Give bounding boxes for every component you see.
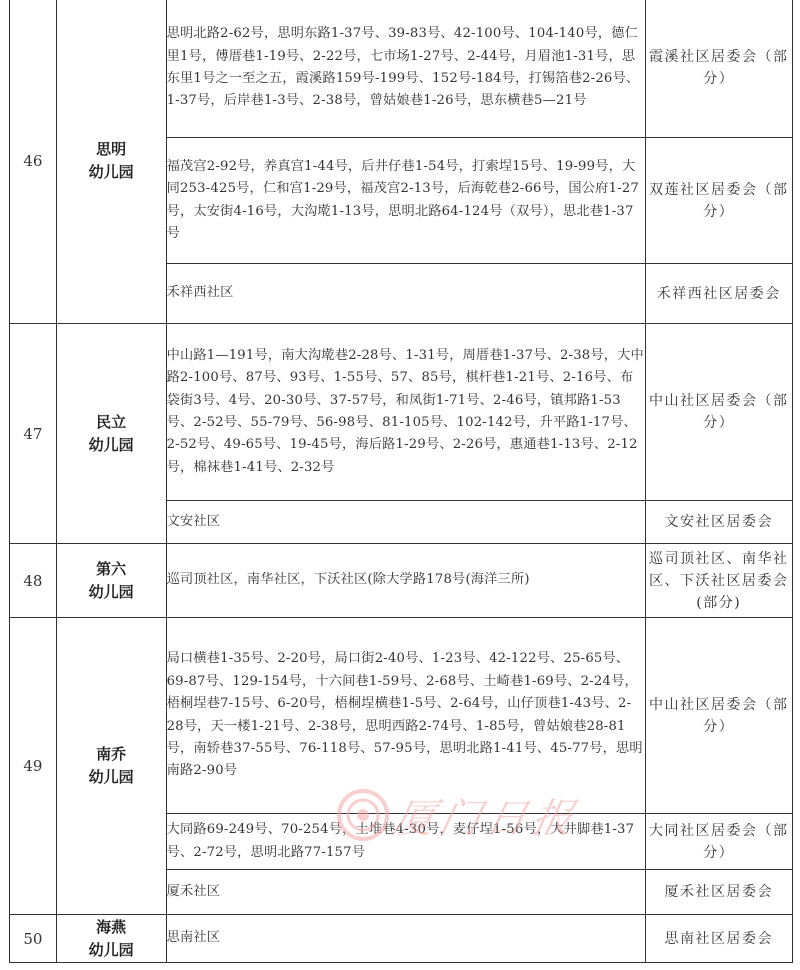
table-row: 46 思明 幼儿园 思明北路2-62号，思明东路1-37号、39-83号、42-…	[10, 0, 793, 138]
kindergarten-name-line2: 幼儿园	[57, 939, 166, 962]
enrollment-area: 大同路69-249号、70-254号，土堆巷4-30号，麦仔埕1-56号，大井脚…	[166, 814, 645, 870]
row-number: 50	[10, 915, 57, 963]
enrollment-area: 局口横巷1-35号、2-20号，局口街2-40号、1-23号、42-122号、2…	[166, 618, 645, 814]
enrollment-area: 文安社区	[166, 501, 645, 544]
community-committee: 中山社区居委会（部分）	[645, 324, 792, 501]
row-number: 47	[10, 324, 57, 544]
kindergarten-name: 第六 幼儿园	[56, 544, 166, 618]
table-row: 47 民立 幼儿园 中山路1—191号，南大沟墘巷2-28号、1-31号，周厝巷…	[10, 324, 793, 501]
kindergarten-name: 民立 幼儿园	[56, 324, 166, 544]
kindergarten-name-line2: 幼儿园	[57, 766, 166, 789]
enrollment-area: 福茂宫2-92号，养真宫1-44号，后井仔巷1-54号，打索埕15号、19-99…	[166, 138, 645, 264]
kindergarten-name-line2: 幼儿园	[57, 581, 166, 604]
kindergarten-enrollment-table: 46 思明 幼儿园 思明北路2-62号，思明东路1-37号、39-83号、42-…	[9, 0, 793, 963]
community-committee: 双莲社区居委会（部分）	[645, 138, 792, 264]
community-committee: 厦禾社区居委会	[645, 870, 792, 915]
kindergarten-name: 南乔 幼儿园	[56, 618, 166, 915]
community-committee: 霞溪社区居委会（部分）	[645, 0, 792, 138]
table-row: 50 海燕 幼儿园 思南社区 思南社区居委会	[10, 915, 793, 963]
enrollment-area: 巡司顶社区，南华社区，下沃社区(除大学路178号(海洋三所)	[166, 544, 645, 618]
kindergarten-name: 思明 幼儿园	[56, 0, 166, 324]
community-committee: 文安社区居委会	[645, 501, 792, 544]
enrollment-area: 厦禾社区	[166, 870, 645, 915]
table-row: 48 第六 幼儿园 巡司顶社区，南华社区，下沃社区(除大学路178号(海洋三所)…	[10, 544, 793, 618]
kindergarten-name: 海燕 幼儿园	[56, 915, 166, 963]
kindergarten-name-line1: 海燕	[57, 916, 166, 939]
kindergarten-name-line1: 思明	[57, 138, 166, 161]
community-committee: 大同社区居委会（部分）	[645, 814, 792, 870]
table-row: 49 南乔 幼儿园 局口横巷1-35号、2-20号，局口街2-40号、1-23号…	[10, 618, 793, 814]
kindergarten-name-line2: 幼儿园	[57, 161, 166, 184]
enrollment-area: 中山路1—191号，南大沟墘巷2-28号、1-31号，周厝巷1-37号、2-38…	[166, 324, 645, 501]
enrollment-area: 思明北路2-62号，思明东路1-37号、39-83号、42-100号、104-1…	[166, 0, 645, 138]
row-number: 46	[10, 0, 57, 324]
kindergarten-name-line1: 第六	[57, 558, 166, 581]
community-committee: 思南社区居委会	[645, 915, 792, 963]
community-committee: 中山社区居委会（部分）	[645, 618, 792, 814]
enrollment-area: 禾祥西社区	[166, 264, 645, 324]
row-number: 48	[10, 544, 57, 618]
community-committee: 巡司顶社区、南华社区、下沃社区居委会(部分)	[645, 544, 792, 618]
kindergarten-name-line2: 幼儿园	[57, 434, 166, 457]
row-number: 49	[10, 618, 57, 915]
enrollment-area: 思南社区	[166, 915, 645, 963]
community-committee: 禾祥西社区居委会	[645, 264, 792, 324]
kindergarten-name-line1: 南乔	[57, 743, 166, 766]
kindergarten-name-line1: 民立	[57, 411, 166, 434]
